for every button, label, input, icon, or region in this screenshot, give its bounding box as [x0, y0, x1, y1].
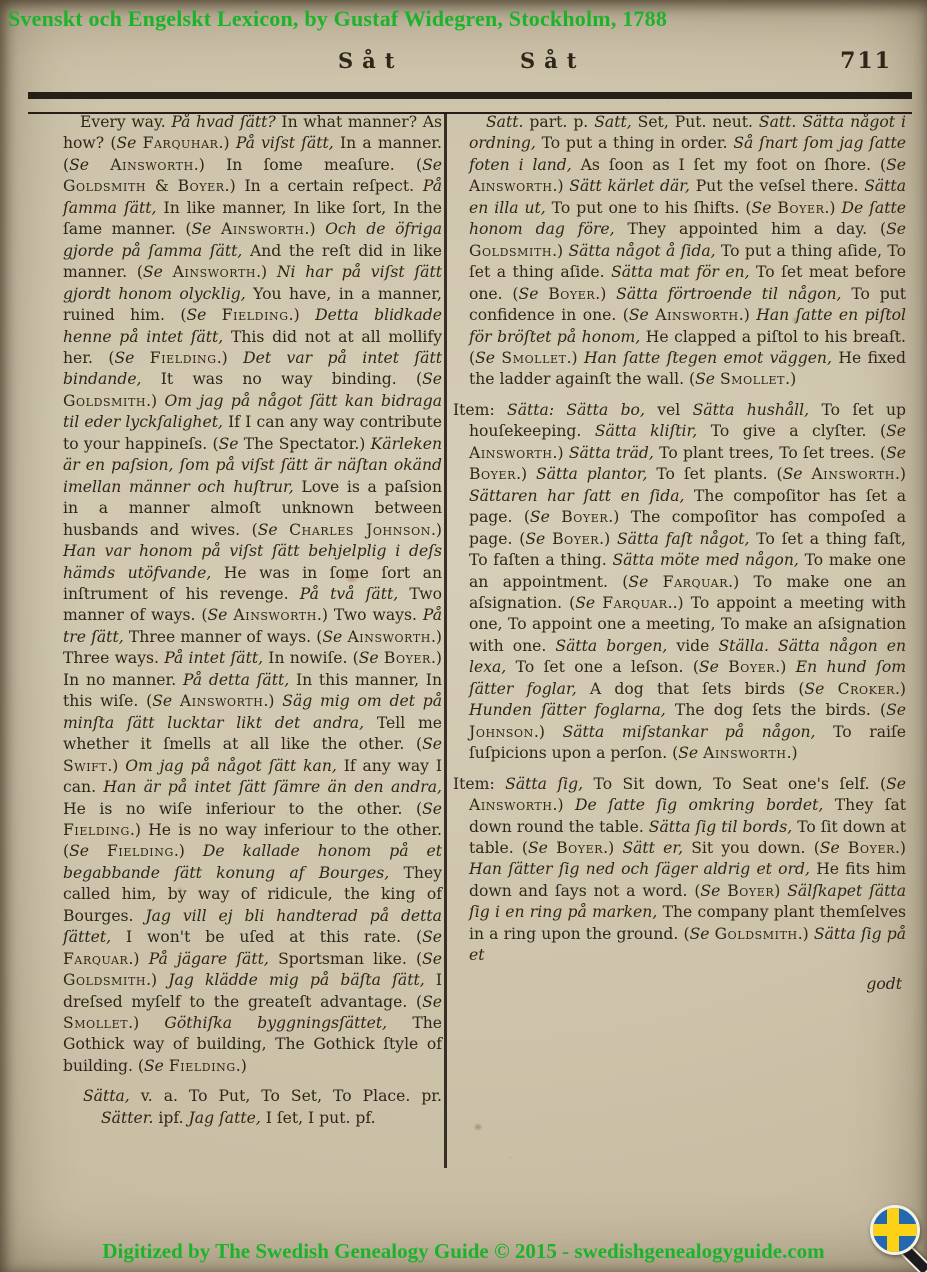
text-run: A dog that ſets birds ( [590, 680, 805, 698]
text-run: Sätt kärlet där, [569, 177, 695, 195]
text-run: .) [146, 971, 168, 989]
text-run: På två ſätt, [300, 585, 410, 603]
text-run: Ainsworth [655, 306, 739, 324]
text-run: Han är på intet ſätt ſämre än den andra, [103, 778, 442, 796]
dictionary-paragraph: Item: Sätta: Sätta bo, vel Sätta hushåll… [469, 400, 906, 765]
text-run: Goldsmith [63, 971, 146, 989]
text-run: Farquar [63, 950, 128, 968]
text-run: Sit you down. ( [691, 839, 820, 857]
text-run: Ainsworth [233, 606, 317, 624]
text-run: ) [774, 882, 787, 900]
text-run: Satt. [759, 113, 802, 131]
text-run: .) [895, 465, 906, 483]
text-run: Satt. [486, 113, 529, 131]
text-run: .) [219, 134, 236, 152]
text-run: The Spectator.) [244, 435, 371, 453]
text-run: Jag ſatte, [189, 1109, 266, 1127]
text-run: Boyer [556, 839, 603, 857]
text-run: Se [820, 839, 848, 857]
text-run: Swift [63, 757, 107, 775]
text-run: Boyer [178, 177, 225, 195]
text-run: Goldsmith [469, 242, 552, 260]
text-run: De ſatte ſig omkring bordet, [575, 796, 835, 814]
text-run: Sättaren har ſatt en ſida, [469, 487, 694, 505]
text-run: .) [603, 839, 622, 857]
swedish-flag-magnifier-icon [868, 1203, 927, 1272]
text-run: To ſet one a leſson. ( [516, 658, 699, 676]
text-run: Se [886, 701, 906, 719]
text-run: Sätta: Sätta bo, [507, 401, 657, 419]
text-run: Farquar [663, 573, 728, 591]
text-run: Sätta kliſtir, [595, 422, 711, 440]
magnifier-lens-swedish-flag [870, 1205, 920, 1255]
text-run: .) [785, 370, 796, 388]
text-run: To ſet plants. ( [656, 465, 782, 483]
text-run: Boyer [561, 508, 608, 526]
text-run: Sätta ſig, [505, 775, 593, 793]
text-run: Se [114, 349, 149, 367]
text-column-left: Every way. På hvad ſätt? In what manner?… [63, 112, 442, 1138]
text-run: .) In a certain reſpect. [225, 177, 423, 195]
text-run: .) [824, 199, 841, 217]
text-run: Fielding [63, 821, 130, 839]
text-run: .) [128, 950, 148, 968]
text-run: Se [575, 594, 602, 612]
text-run: Se [678, 744, 703, 762]
header-guide-word-left: Såt [338, 48, 403, 73]
text-run: I won't be uſed at this rate. ( [126, 928, 422, 946]
text-run: Se [525, 530, 552, 548]
text-run: Se [69, 842, 107, 860]
page-header: Såt Såt 711 [0, 48, 927, 78]
text-run: Sätta faſt något, [617, 530, 756, 548]
text-run: Se [191, 220, 221, 238]
text-run: Göthiſka byggningsſättet, [164, 1014, 412, 1032]
text-run: Sätta förtroende til någon, [616, 285, 851, 303]
text-run: .) [775, 658, 795, 676]
text-run: Smollet [720, 370, 785, 388]
text-run: Boyer [384, 649, 431, 667]
text-run: Fielding [169, 1057, 236, 1075]
text-run: Se [219, 435, 244, 453]
text-run: Boyer [469, 465, 516, 483]
text-run: .) [553, 177, 570, 195]
text-run: Se [475, 349, 501, 367]
text-run: .) [595, 285, 616, 303]
text-run: & [146, 177, 178, 195]
text-run: Se [258, 521, 289, 539]
text-run: Boyer [777, 199, 824, 217]
catchword: godt [469, 974, 906, 995]
text-run: Se [886, 220, 906, 238]
text-run: Every way. [80, 113, 171, 131]
header-double-rule [28, 92, 912, 114]
text-run: .) [236, 1057, 247, 1075]
digitization-banner-top: Svenskt och Engelskt Lexicon, by Gustaf … [8, 6, 667, 32]
text-run: Ainsworth [703, 744, 787, 762]
text-run: .) [256, 263, 277, 281]
text-run: Se [116, 134, 142, 152]
text-run: Goldsmith [63, 392, 146, 410]
text-run: .) [146, 392, 164, 410]
page-number: 711 [840, 48, 892, 74]
text-run: .) [174, 842, 203, 860]
text-run: .) [289, 306, 315, 324]
text-run: Se [69, 156, 110, 174]
text-run: Se [519, 285, 549, 303]
text-run: .) [552, 242, 568, 260]
header-guide-word-right: Såt [520, 48, 585, 73]
text-run: Ainsworth [180, 692, 264, 710]
text-run: Item: [453, 775, 505, 793]
text-run: He is no wiſe inferiour to the other. ( [63, 800, 422, 818]
text-run: Ainsworth [469, 444, 553, 462]
text-run: .) [739, 306, 757, 324]
text-run: Han ſatte ſtegen emot väggen, [584, 349, 838, 367]
text-run: Sätta plantor, [536, 465, 656, 483]
text-run: They appointed him a day. ( [628, 220, 887, 238]
text-run: Fielding [222, 306, 289, 324]
text-run: Sätta något å ſida, [568, 242, 720, 260]
text-run: Fielding [107, 842, 174, 860]
text-run: .) [553, 444, 569, 462]
text-run: Sätt er, [622, 839, 691, 857]
text-run: Put the veſsel there. [696, 177, 865, 195]
flag-cross-horizontal [873, 1224, 917, 1236]
text-run: Sportsman like. ( [278, 950, 422, 968]
text-run: Fielding [150, 349, 217, 367]
text-run: Sätta hushåll, [693, 401, 822, 419]
text-run: As ſoon as I ſet my foot on ſhore. ( [581, 156, 886, 174]
text-run: .) [787, 744, 798, 762]
text-run: Se [629, 306, 655, 324]
text-run: Se [886, 444, 906, 462]
text-run: Croker [838, 680, 895, 698]
text-run: Se [186, 306, 221, 324]
text-run: .) [798, 925, 814, 943]
text-run: Se [783, 465, 812, 483]
text-run: Sätta, [83, 1087, 141, 1105]
text-run: Sätta miſstankar på någon, [563, 723, 834, 741]
text-run: .) [217, 349, 243, 367]
text-run: Se [422, 928, 442, 946]
text-run: Ainsworth [110, 156, 194, 174]
text-run: .) In ſome meaſure. ( [194, 156, 422, 174]
text-run: .) [516, 465, 536, 483]
text-run: .) [895, 839, 906, 857]
text-run: Se [359, 649, 384, 667]
text-run: Sätta möte med någon, [612, 551, 804, 569]
text-run: Ainsworth [221, 220, 305, 238]
text-run: Ainsworth [173, 263, 257, 281]
text-run: To plant trees, To ſet trees. ( [659, 444, 886, 462]
text-run: vel [657, 401, 692, 419]
text-run: Sätta träd, [569, 444, 659, 462]
text-run: I ſet, I put. pf. [266, 1109, 376, 1127]
text-run: Se [207, 606, 233, 624]
text-run: På jägare ſätt, [149, 950, 278, 968]
text-run: Johnson [469, 723, 534, 741]
text-run: To give a clyſter. ( [711, 422, 886, 440]
text-run: .) [107, 757, 125, 775]
text-run: Se [422, 156, 442, 174]
text-run: Se [628, 573, 662, 591]
text-run: Se [804, 680, 837, 698]
text-run: Ainsworth [811, 465, 895, 483]
text-run: Boyer [728, 658, 775, 676]
text-run: Farquar [602, 594, 667, 612]
text-run: .) [599, 530, 617, 548]
dictionary-paragraph: Item: Sätta ſig, To Sit down, To Seat on… [469, 774, 906, 967]
text-run: Charles Johnson [289, 521, 431, 539]
text-run: Se [700, 882, 727, 900]
text-run: På hvad ſätt? [171, 113, 281, 131]
text-run: .) [305, 220, 326, 238]
text-run: Se [422, 370, 442, 388]
text-run: Se [144, 1057, 169, 1075]
text-run: Se [422, 800, 442, 818]
text-run: In nowiſe. ( [268, 649, 358, 667]
text-run: Goldsmith [715, 925, 798, 943]
scanned-lexicon-page: { "banners": { "top": "Svenskt och Engel… [0, 0, 927, 1272]
text-run: Jag klädde mig på bäſta ſätt, [168, 971, 436, 989]
text-run: The dog ſets the birds. ( [675, 701, 886, 719]
text-run: Ainsworth [347, 628, 431, 646]
text-run: Se [695, 370, 720, 388]
text-run: .) [567, 349, 584, 367]
text-run: På detta ſätt, [183, 671, 296, 689]
text-run: Set, Put. neut. [638, 113, 759, 131]
text-run: Boyer [548, 285, 595, 303]
text-run: Se [152, 692, 180, 710]
text-run: .) Two ways. [317, 606, 423, 624]
text-run: Boyer [848, 839, 895, 857]
text-run: På intet ſätt, [164, 649, 268, 667]
text-run: Sätta mat för en, [611, 263, 756, 281]
text-run: Boyer [552, 530, 599, 548]
text-run: Han ſätter ſig ned och ſäger aldrig et o… [469, 860, 816, 878]
text-run: To put a thing in order. [542, 134, 734, 152]
text-run: Se [752, 199, 778, 217]
text-run: To Sit down, To Seat one's ſelf. ( [594, 775, 887, 793]
text-run: Hunden ſätter foglarna, [469, 701, 675, 719]
text-run: Smollet [63, 1014, 128, 1032]
text-run: På viſst ſätt, [236, 134, 340, 152]
text-run: Ainsworth [469, 177, 553, 195]
text-run: .) [263, 692, 282, 710]
text-run: Om jag på något ſätt kan, [125, 757, 343, 775]
text-run: vide [676, 637, 718, 655]
dictionary-paragraph: Sätta, v. a. To Put, To Set, To Place. p… [63, 1086, 442, 1129]
text-run: Se [422, 735, 442, 753]
text-run: .) [534, 723, 563, 741]
digitization-banner-bottom: Digitized by The Swedish Genealogy Guide… [0, 1239, 927, 1264]
text-run: Ainsworth [469, 796, 553, 814]
text-run: Se [886, 156, 906, 174]
text-column-right: Satt. part. p. Satt, Set, Put. neut. Sat… [469, 112, 906, 995]
dictionary-paragraph: Every way. På hvad ſätt? In what manner?… [63, 112, 442, 1077]
text-run: .) [553, 796, 575, 814]
text-run: Satt, [594, 113, 637, 131]
text-run: To put one to his ſhifts. ( [552, 199, 752, 217]
text-run: Se [530, 508, 561, 526]
text-run: Farquhar [143, 134, 219, 152]
text-run: Se [886, 422, 906, 440]
text-run: Sätter. [101, 1109, 158, 1127]
text-run: Goldsmith [63, 177, 146, 195]
text-run: Se [690, 925, 715, 943]
text-run: v. a. To Put, To Set, To Place. pr. [141, 1087, 442, 1105]
text-run: Se [528, 839, 556, 857]
text-run: Three manner of ways. ( [129, 628, 323, 646]
column-divider-rule [444, 112, 447, 1168]
text-run: .) [128, 1014, 164, 1032]
text-run: Smollet [501, 349, 566, 367]
text-run: part. p. [529, 113, 594, 131]
text-run: Se [886, 775, 906, 793]
text-run: Se [699, 658, 728, 676]
text-run: It was no way binding. ( [161, 370, 422, 388]
text-run: Sätta borgen, [555, 637, 676, 655]
text-run: Se [322, 628, 347, 646]
dictionary-paragraph: Satt. part. p. Satt, Set, Put. neut. Sat… [469, 112, 906, 391]
text-run: Se [422, 950, 442, 968]
text-run: .) [431, 521, 442, 539]
text-run: .) [895, 680, 906, 698]
text-run: ipf. [158, 1109, 188, 1127]
text-run: Sätta ſig til bords, [649, 818, 797, 836]
text-run: Boyer [727, 882, 774, 900]
text-run: Item: [453, 401, 507, 419]
text-run: Se [143, 263, 173, 281]
text-run: Se [422, 993, 442, 1011]
